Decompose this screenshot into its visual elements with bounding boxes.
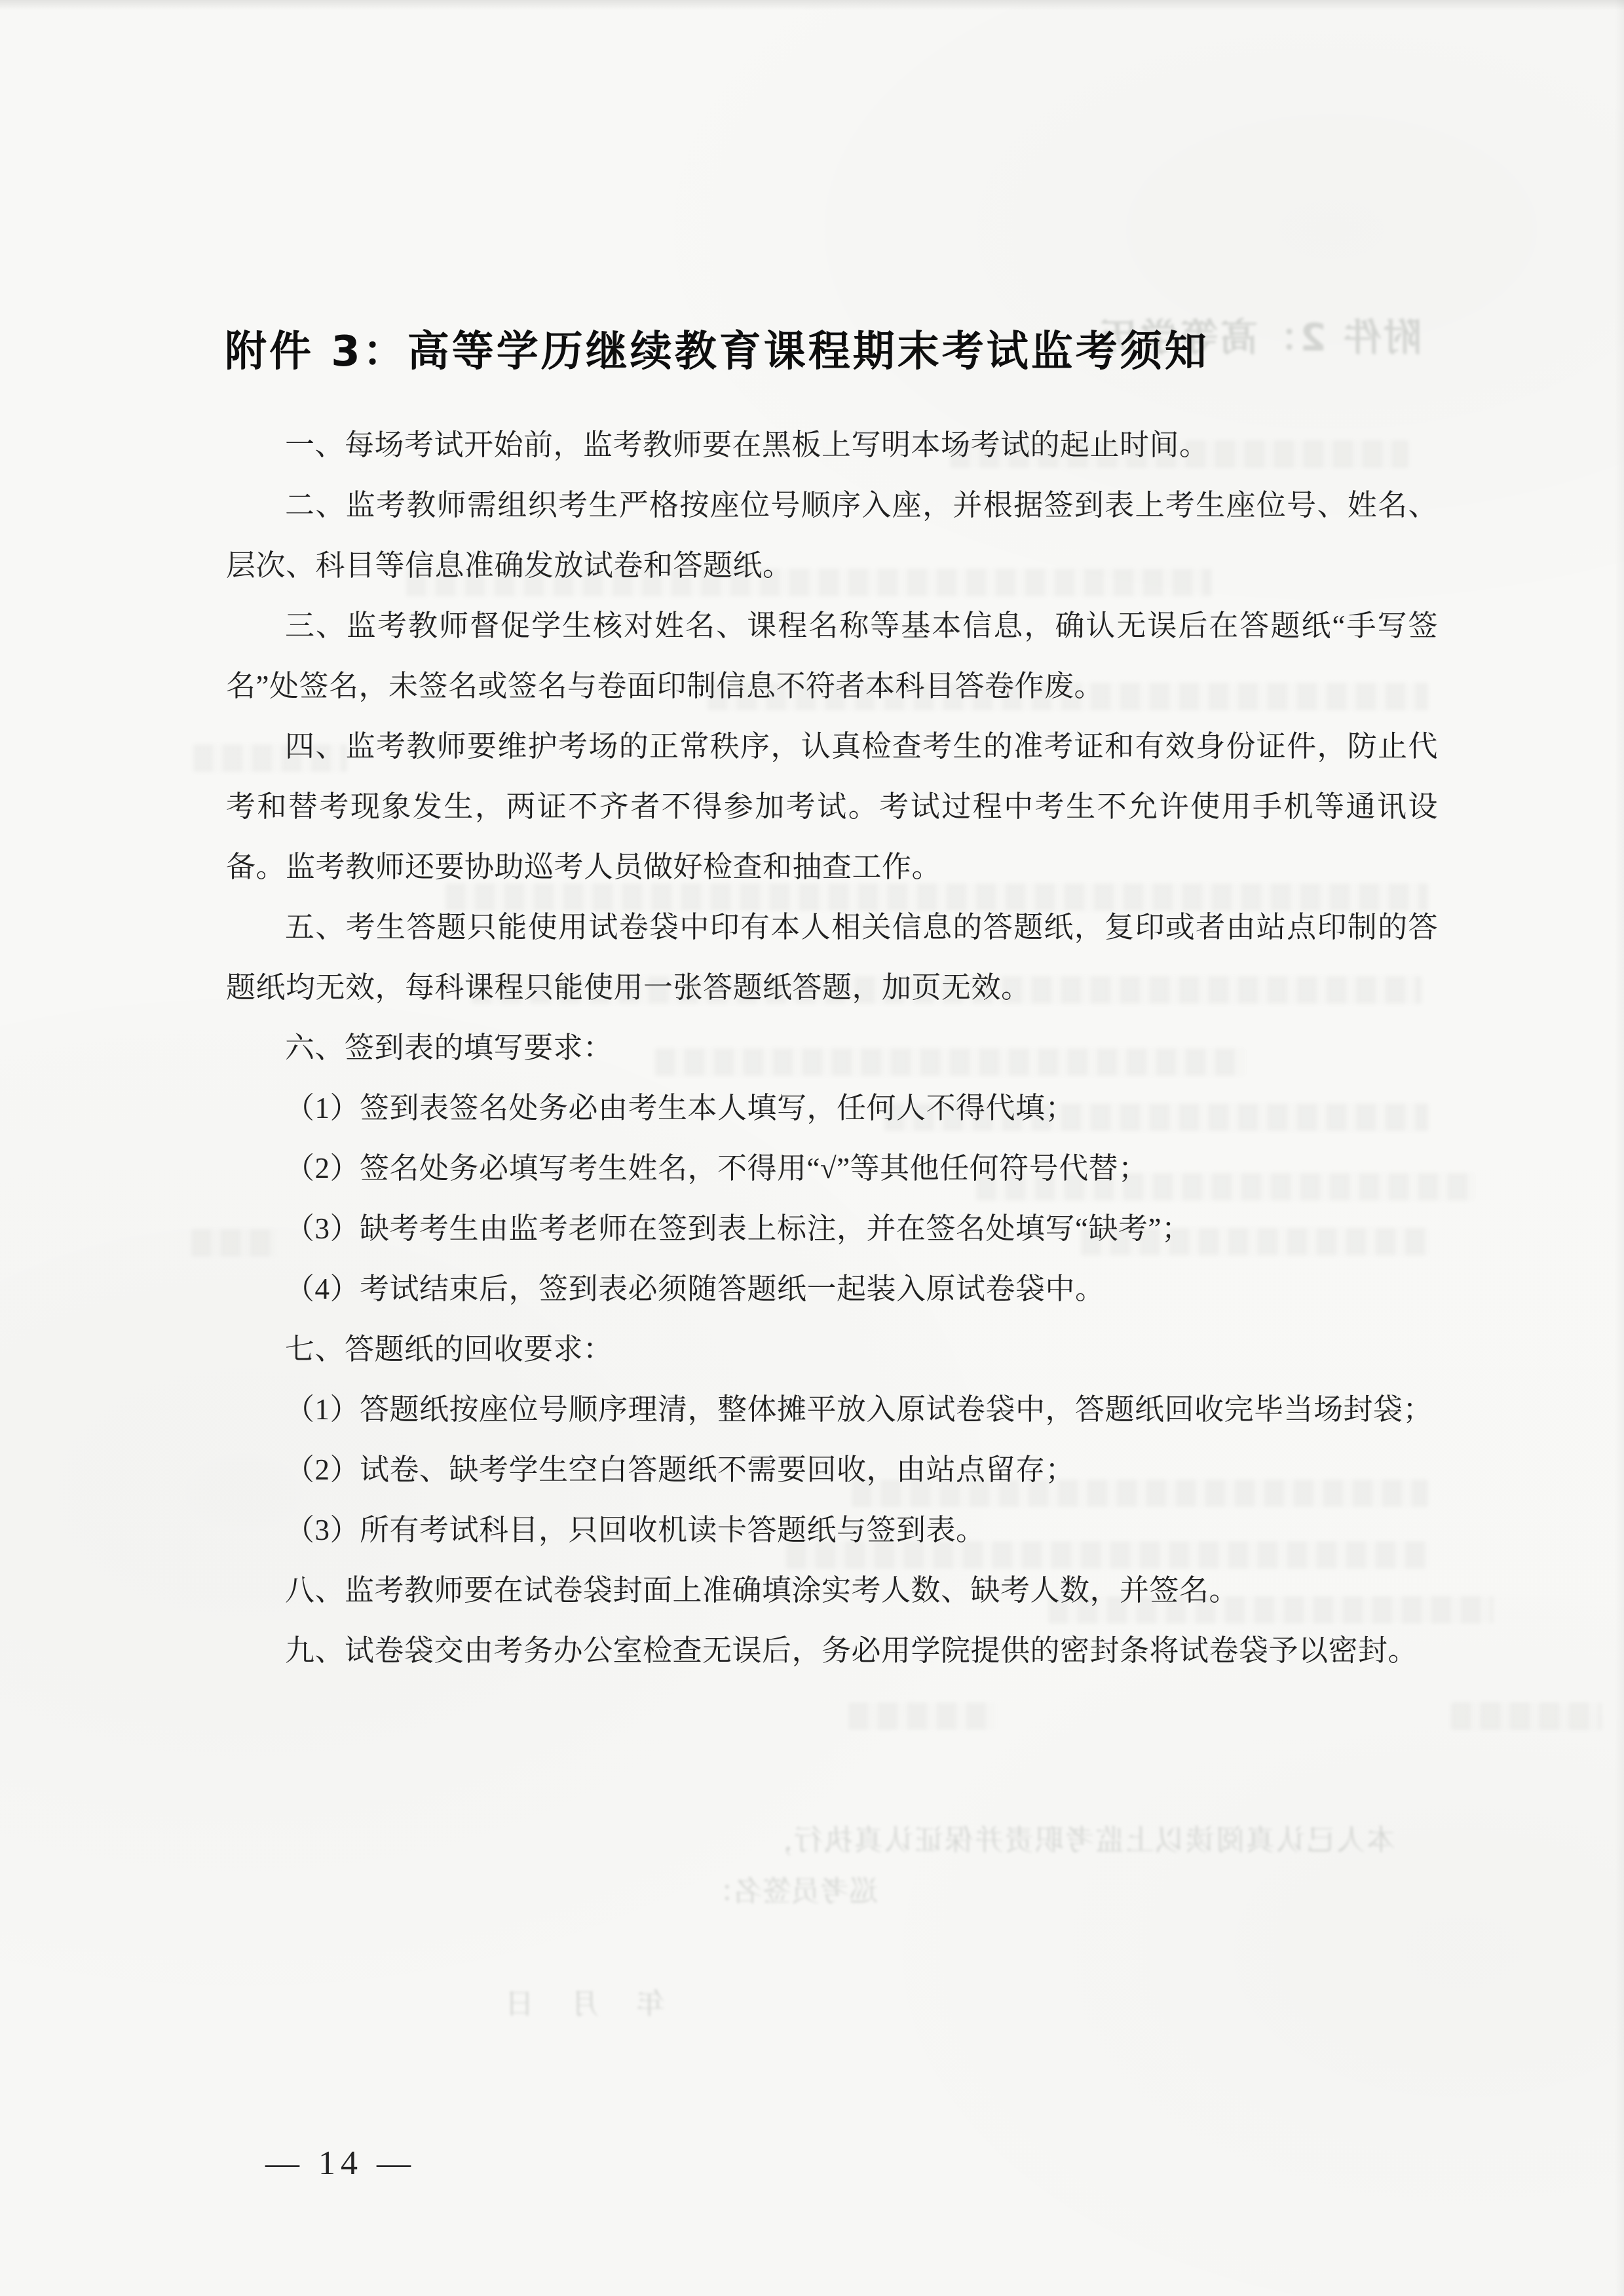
- scanned-document-page: 附件 2：高等学历 本人已认真阅读以上监考职责并保证认真执行， 巡考员签名： 年…: [0, 0, 1624, 2296]
- body-paragraph: （3）缺考考生由监考老师在签到表上标注，并在签名处填写“缺考”；: [226, 1198, 1438, 1259]
- bleedthrough-smudge: [1451, 1702, 1602, 1730]
- body-paragraph: 七、答题纸的回收要求：: [226, 1319, 1438, 1379]
- body-paragraph: 八、监考教师要在试卷袋封面上准确填涂实考人数、缺考人数，并签名。: [226, 1560, 1438, 1620]
- body-paragraph: （1）签到表签名处务必由考生本人填写，任何人不得代填；: [226, 1078, 1438, 1138]
- body-paragraph: （1）答题纸按座位号顺序理清，整体摊平放入原试卷袋中，答题纸回收完毕当场封袋；: [226, 1379, 1438, 1440]
- body-paragraph: 四、监考教师要维护考场的正常秩序，认真检查考生的准考证和有效身份证件，防止代考和…: [226, 716, 1438, 897]
- bleedthrough-smudge: [848, 1702, 996, 1730]
- page-number: — 14 —: [265, 2144, 416, 2183]
- attachment-title: 附件 3：高等学历继续教育课程期末考试监考须知: [225, 318, 1207, 378]
- body-paragraph: 二、监考教师需组织考生严格按座位号顺序入座，并根据签到表上考生座位号、姓名、层次…: [226, 475, 1438, 596]
- body-paragraph: （2）签名处务必填写考生姓名，不得用“√”等其他任何符号代替；: [226, 1138, 1438, 1198]
- body-paragraph: 六、签到表的填写要求：: [226, 1018, 1438, 1078]
- scan-edge-top: [0, 0, 1624, 10]
- bleedthrough-pledge-line: 本人已认真阅读以上监考职责并保证认真执行，: [740, 1816, 1395, 1858]
- body-paragraph: 五、考生答题只能使用试卷袋中印有本人相关信息的答题纸，复印或者由站点印制的答题纸…: [226, 897, 1438, 1018]
- body-paragraph: （2）试卷、缺考学生空白答题纸不需要回收，由站点留存；: [226, 1440, 1438, 1500]
- body-paragraph: 一、每场考试开始前，监考教师要在黑板上写明本场考试的起止时间。: [226, 415, 1438, 475]
- body-paragraph: 三、监考教师督促学生核对姓名、课程名称等基本信息，确认无误后在答题纸“手写签名”…: [226, 596, 1438, 716]
- body-paragraph: 九、试卷袋交由考务办公室检查无误后，务必用学院提供的密封条将试卷袋予以密封。: [226, 1620, 1438, 1681]
- body-paragraph: （3）所有考试科目，只回收机读卡答题纸与签到表。: [226, 1500, 1438, 1560]
- scan-edge-right: [1615, 0, 1624, 2296]
- body-paragraph: （4）考试结束后，签到表必须随答题纸一起装入原试卷袋中。: [226, 1259, 1438, 1319]
- document-body: 一、每场考试开始前，监考教师要在黑板上写明本场考试的起止时间。 二、监考教师需组…: [226, 415, 1438, 1681]
- bleedthrough-date-line: 年 月 日: [364, 1980, 665, 2022]
- bleedthrough-signature-label: 巡考员签名：: [708, 1867, 878, 1909]
